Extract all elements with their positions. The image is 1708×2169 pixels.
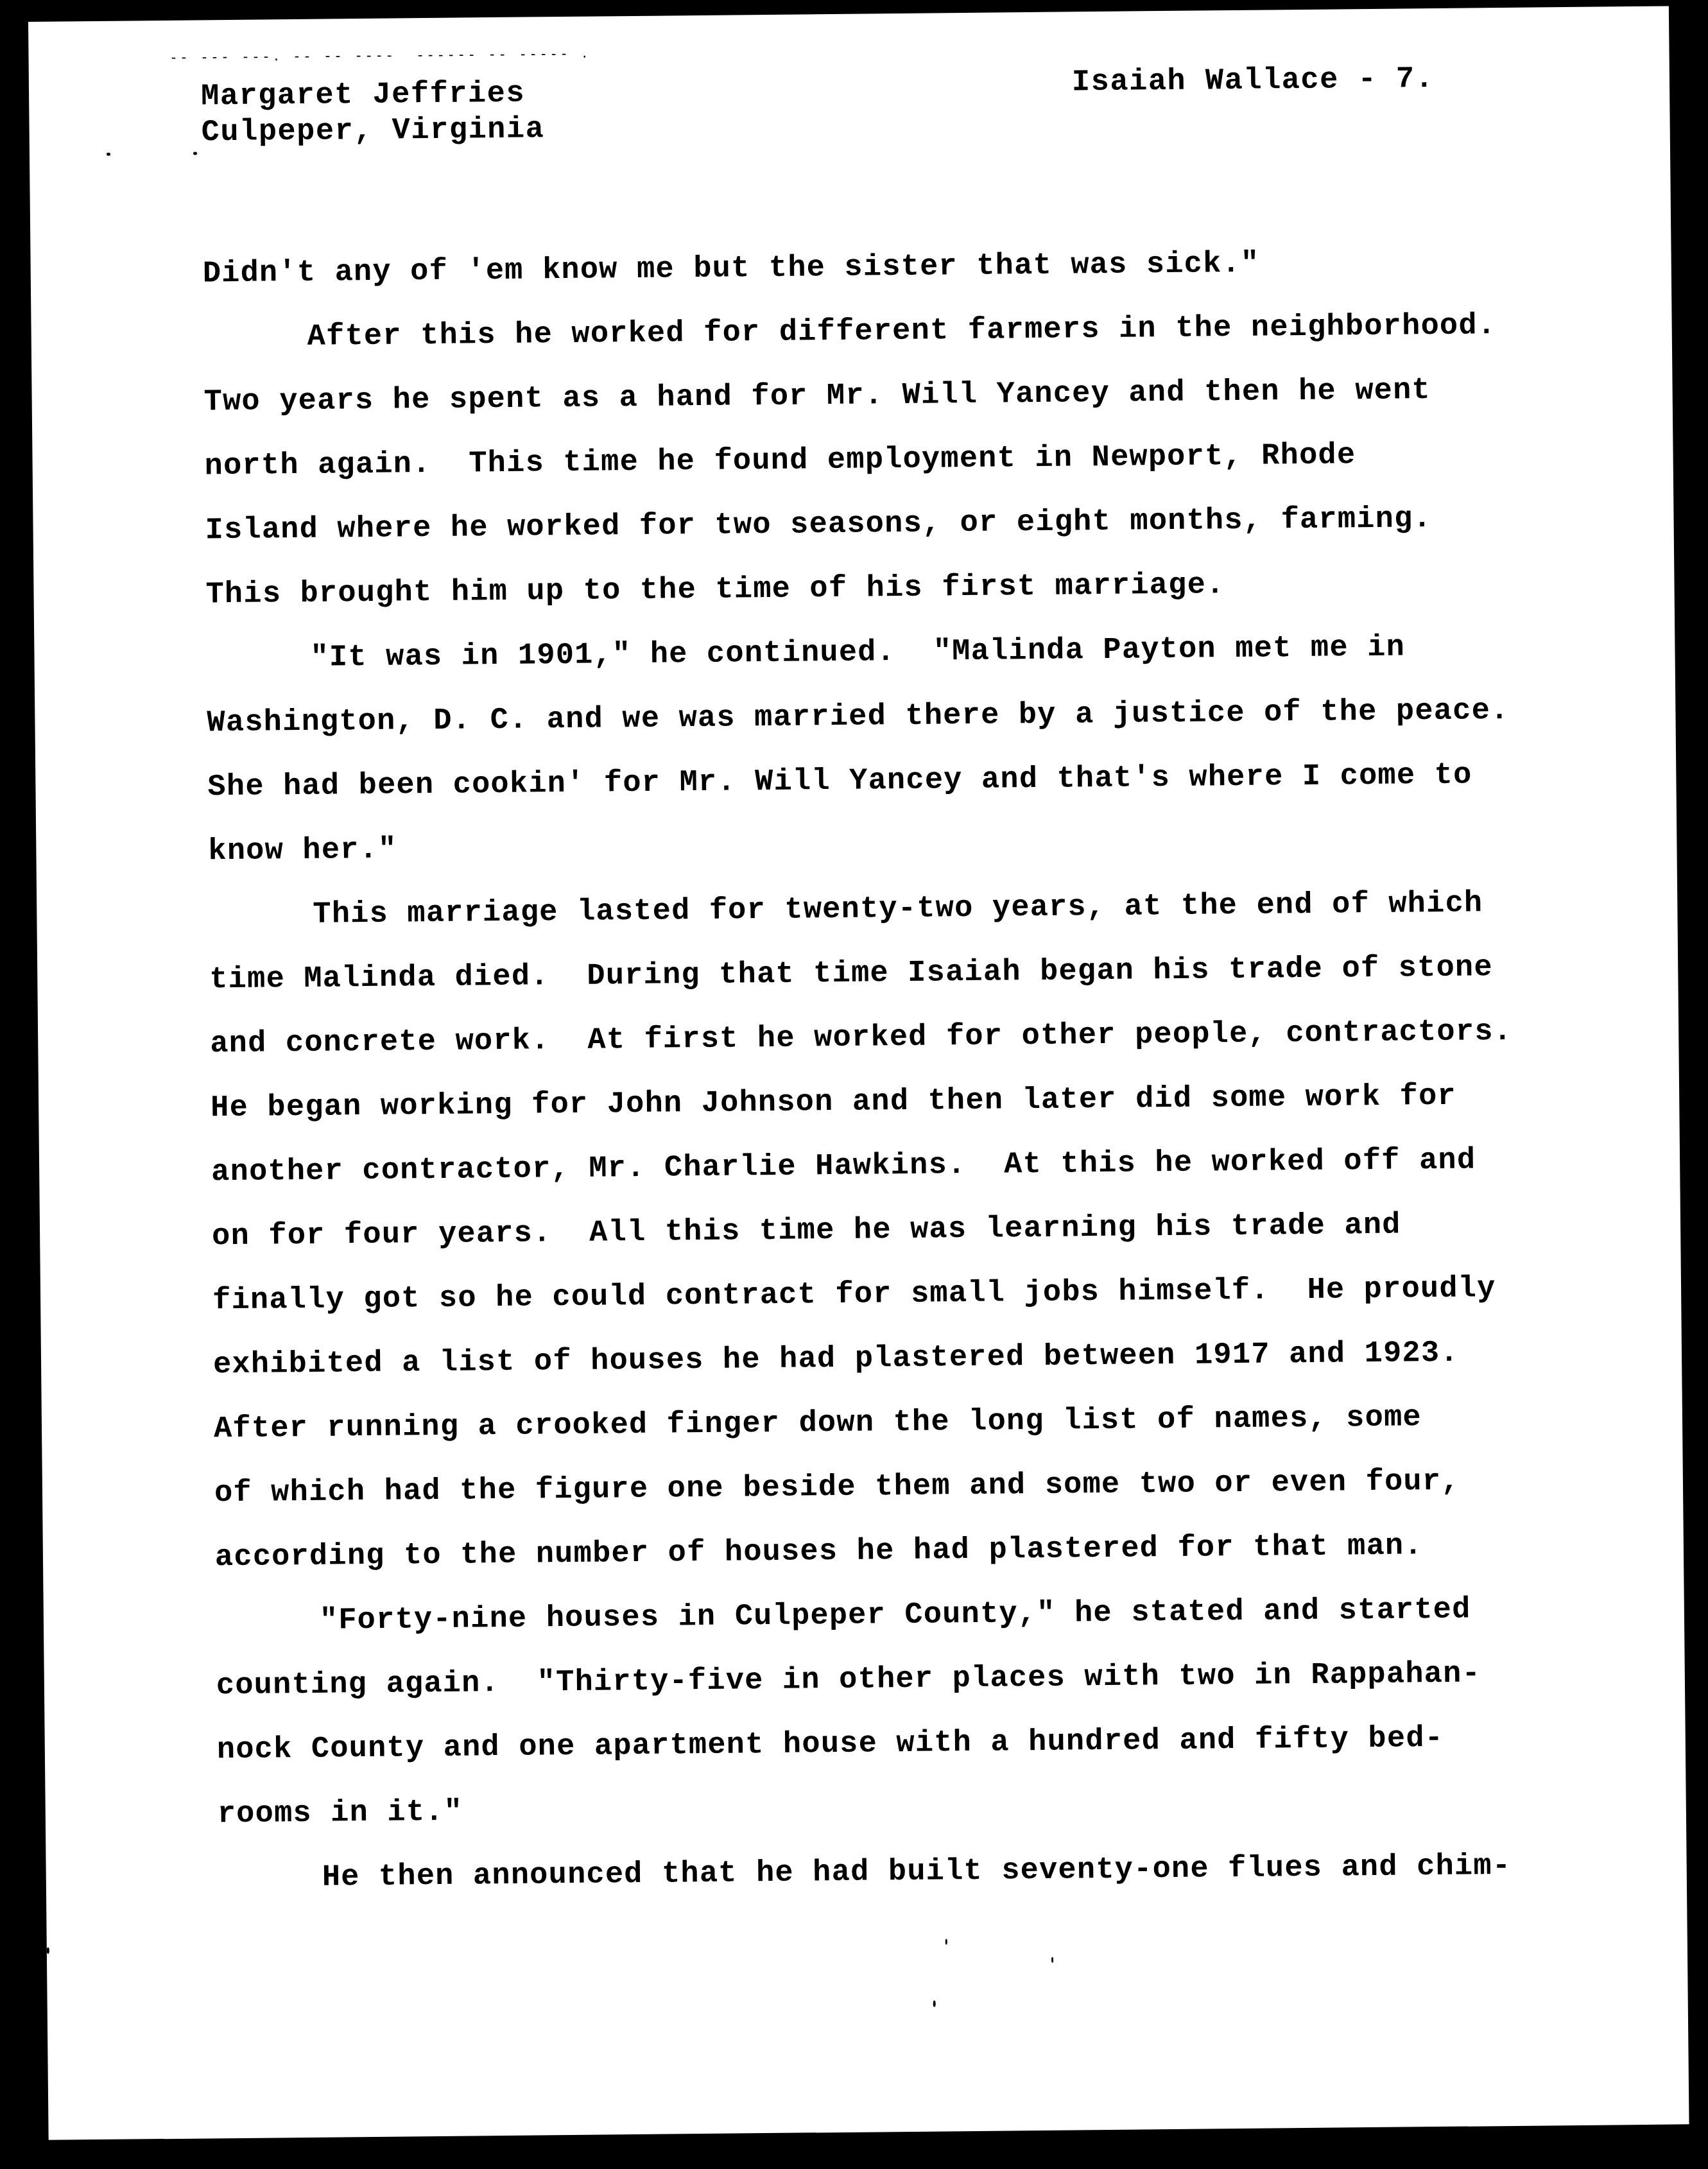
body-line: according to the number of houses he had…: [215, 1531, 1423, 1573]
body-line: of which had the figure one beside them …: [214, 1467, 1460, 1509]
ink-speck: [193, 151, 197, 155]
body-line: After running a crooked finger down the …: [214, 1403, 1422, 1444]
author-name: Margaret Jeffries: [201, 76, 544, 115]
body-line: on for four years. All this time he was …: [212, 1211, 1401, 1252]
body-line: north again. This time he found employme…: [204, 440, 1356, 481]
body-line: "It was in 1901," he continued. "Malinda…: [310, 632, 1405, 673]
page-title: Isaiah Wallace - 7.: [1072, 62, 1435, 99]
body-line: Washington, D. C. and we was married the…: [207, 696, 1509, 738]
body-line: This brought him up to the time of his f…: [205, 570, 1225, 610]
ink-speck: [107, 153, 110, 156]
body-line: another contractor, Mr. Charlie Hawkins.…: [211, 1145, 1476, 1188]
body-line: She had been cookin' for Mr. Will Yancey…: [207, 760, 1472, 802]
typed-page: -- --- ---. -- -- ---- ------ -- ----- .…: [28, 6, 1689, 2139]
author-block: Margaret Jeffries Culpeper, Virginia: [201, 76, 545, 151]
body-line: exhibited a list of houses he had plaste…: [213, 1338, 1459, 1381]
illegible-header-marks: -- --- ---. -- -- ---- ------ -- ----- .: [169, 48, 591, 66]
body-line: Didn't any of 'em know me but the sister…: [203, 249, 1260, 289]
body-line: know her.": [208, 835, 397, 867]
body-line: time Malinda died. During that time Isai…: [209, 953, 1493, 995]
body-line: He began working for John Johnson and th…: [211, 1082, 1456, 1124]
body-line: and concrete work. At first he worked fo…: [210, 1017, 1512, 1059]
body-line: After this he worked for different farme…: [307, 311, 1497, 352]
body-text: Didn't any of 'em know me but the sister…: [28, 6, 1669, 22]
body-line: rooms in it.": [218, 1797, 463, 1830]
body-line: This marriage lasted for twenty-two year…: [313, 888, 1483, 929]
body-line: counting again. "Thirty-five in other pl…: [216, 1659, 1481, 1701]
body-line: He then announced that he had built seve…: [322, 1851, 1512, 1893]
ink-speck: [47, 1948, 49, 1954]
ink-speck: [933, 2001, 936, 2007]
body-line: nock County and one apartment house with…: [217, 1724, 1444, 1765]
body-line: Island where he worked for two seasons, …: [205, 504, 1432, 546]
body-line: "Forty-nine houses in Culpeper County," …: [320, 1595, 1471, 1636]
body-line: finally got so he could contract for sma…: [212, 1274, 1496, 1316]
author-location: Culpeper, Virginia: [201, 112, 544, 151]
ink-speck: [945, 1939, 947, 1944]
body-line: Two years he spent as a hand for Mr. Wil…: [203, 376, 1431, 417]
ink-speck: [1051, 1957, 1053, 1963]
